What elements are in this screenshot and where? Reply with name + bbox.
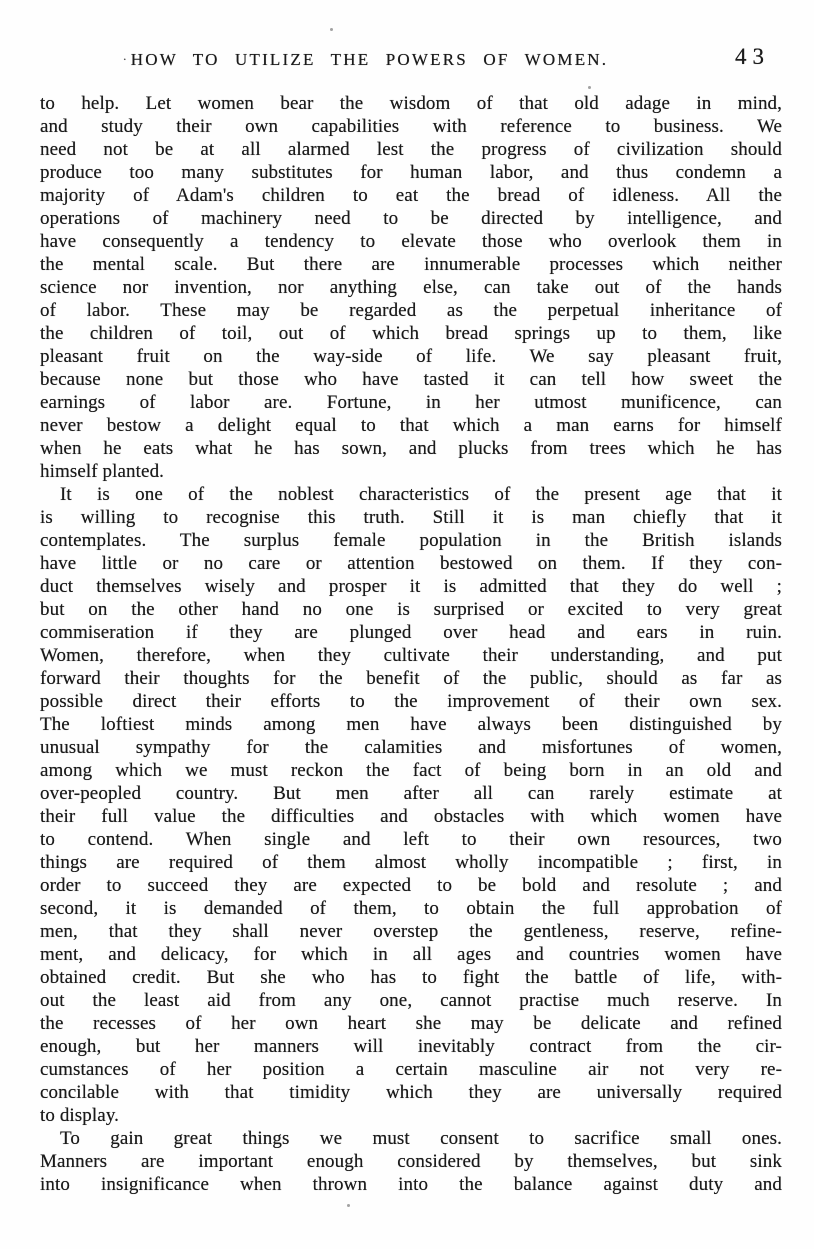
- running-title: ·HOW TO UTILIZE THE POWERS OF WOMEN.: [40, 50, 691, 70]
- text-line: To gain great things we must consent to …: [40, 1127, 782, 1150]
- text-line: unusual sympathy for the calamities and …: [40, 736, 782, 759]
- text-line: duct themselves wisely and prosper it is…: [40, 575, 782, 598]
- text-line: It is one of the noblest characteristics…: [40, 483, 782, 506]
- text-line: earnings of labor are. Fortune, in her u…: [40, 391, 782, 414]
- text-line: cumstances of her position a certain mas…: [40, 1058, 782, 1081]
- text-line: produce too many substitutes for human l…: [40, 161, 782, 184]
- text-line: things are required of them almost wholl…: [40, 851, 782, 874]
- text-line: but on the other hand no one is surprise…: [40, 598, 782, 621]
- text-line: enough, but her manners will inevitably …: [40, 1035, 782, 1058]
- scan-artifact-mark: ·: [123, 52, 127, 66]
- text-line: concilable with that timidity which they…: [40, 1081, 782, 1104]
- text-line: of labor. These may be regarded as the p…: [40, 299, 782, 322]
- text-line: need not be at all alarmed lest the prog…: [40, 138, 782, 161]
- text-line: ment, and delicacy, for which in all age…: [40, 943, 782, 966]
- text-line: among which we must reckon the fact of b…: [40, 759, 782, 782]
- text-line: The loftiest minds among men have always…: [40, 713, 782, 736]
- scan-speck: [330, 28, 333, 31]
- text-line: possible direct their efforts to the imp…: [40, 690, 782, 713]
- text-line: forward their thoughts for the benefit o…: [40, 667, 782, 690]
- text-line: into insignificance when thrown into the…: [40, 1173, 782, 1196]
- text-line: to help. Let women bear the wisdom of th…: [40, 92, 782, 115]
- text-line: himself planted.: [40, 460, 782, 483]
- text-line: out the least aid from any one, cannot p…: [40, 989, 782, 1012]
- text-line: over-peopled country. But men after all …: [40, 782, 782, 805]
- text-line: when he eats what he has sown, and pluck…: [40, 437, 782, 460]
- page-header: ·HOW TO UTILIZE THE POWERS OF WOMEN. 43: [40, 50, 781, 76]
- page-number: 43: [735, 44, 770, 70]
- text-line: pleasant fruit on the way-side of life. …: [40, 345, 782, 368]
- text-line: have little or no care or attention best…: [40, 552, 782, 575]
- text-line: men, that they shall never overstep the …: [40, 920, 782, 943]
- body-text: to help. Let women bear the wisdom of th…: [40, 92, 782, 1196]
- text-line: their full value the difficulties and ob…: [40, 805, 782, 828]
- text-line: operations of machinery need to be direc…: [40, 207, 782, 230]
- text-line: obtained credit. But she who has to figh…: [40, 966, 782, 989]
- text-line: is willing to recognise this truth. Stil…: [40, 506, 782, 529]
- text-line: to contend. When single and left to thei…: [40, 828, 782, 851]
- text-line: science nor invention, nor anything else…: [40, 276, 782, 299]
- text-line: the mental scale. But there are innumera…: [40, 253, 782, 276]
- text-line: the recesses of her own heart she may be…: [40, 1012, 782, 1035]
- text-line: never bestow a delight equal to that whi…: [40, 414, 782, 437]
- scan-speck: [347, 1204, 350, 1207]
- text-line: commiseration if they are plunged over h…: [40, 621, 782, 644]
- text-line: and study their own capabilities with re…: [40, 115, 782, 138]
- running-title-text: HOW TO UTILIZE THE POWERS OF WOMEN.: [131, 50, 608, 69]
- text-line: because none but those who have tasted i…: [40, 368, 782, 391]
- text-line: the children of toil, out of which bread…: [40, 322, 782, 345]
- text-line: contemplates. The surplus female populat…: [40, 529, 782, 552]
- text-line: Women, therefore, when they cultivate th…: [40, 644, 782, 667]
- text-line: second, it is demanded of them, to obtai…: [40, 897, 782, 920]
- scan-speck: [588, 86, 591, 89]
- text-line: order to succeed they are expected to be…: [40, 874, 782, 897]
- text-line: to display.: [40, 1104, 782, 1127]
- text-line: Manners are important enough considered …: [40, 1150, 782, 1173]
- text-line: majority of Adam's children to eat the b…: [40, 184, 782, 207]
- text-line: have consequently a tendency to elevate …: [40, 230, 782, 253]
- scanned-book-page: ·HOW TO UTILIZE THE POWERS OF WOMEN. 43 …: [0, 0, 814, 1249]
